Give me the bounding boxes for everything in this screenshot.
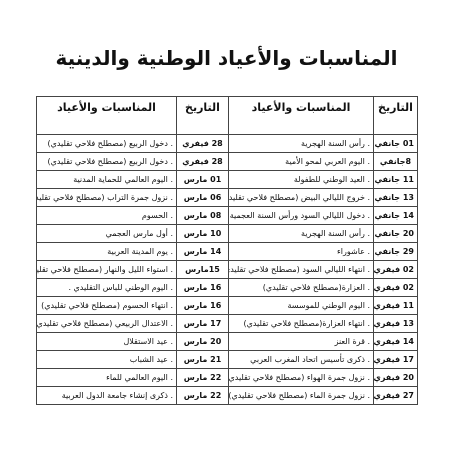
table-row: 27 فيفري. نزول جمرة الماء (مصطلح فلاحي ت… xyxy=(37,387,418,405)
table-row: 29 جانفي. عاشوراء14 مارس. يوم المدينة ال… xyxy=(37,243,418,261)
table-row: 20 جانفي. رأس السنة الهجرية10 مارس. أول … xyxy=(37,225,418,243)
date-cell-right: 17 فيفري xyxy=(374,351,418,369)
event-cell-right: . رأس السنة الهجرية xyxy=(229,135,374,153)
event-cell-left: . انتهاء الحسوم (مصطلح فلاحي تقليدي) xyxy=(37,297,177,315)
table-row: 14 فيفري. قرة العنز20 مارس. عيد الاستقلا… xyxy=(37,333,418,351)
event-cell-right: . رأس السنة الهجرية xyxy=(229,225,374,243)
date-cell-left: 15مارس xyxy=(177,261,229,279)
event-cell-left: . أول مارس العجمي xyxy=(37,225,177,243)
date-cell-right: 01 جانفي xyxy=(374,135,418,153)
date-cell-left: 16 مارس xyxy=(177,297,229,315)
date-cell-left: 28 فيفري xyxy=(177,153,229,171)
date-cell-right: 8جانفي xyxy=(374,153,418,171)
header-event-left: المناسبات والأعياد xyxy=(37,97,177,135)
date-cell-left: 16 مارس xyxy=(177,279,229,297)
date-cell-left: 28 فيفري xyxy=(177,135,229,153)
table-row: 02 فيفري. العزارة(مصطلح فلاحي تقليدي)16 … xyxy=(37,279,418,297)
date-cell-left: 06 مارس xyxy=(177,189,229,207)
event-cell-left: . يوم المدينة العربية xyxy=(37,243,177,261)
date-cell-right: 20 فيفري xyxy=(374,369,418,387)
event-cell-right: . العزارة(مصطلح فلاحي تقليدي) xyxy=(229,279,374,297)
date-cell-right: 11 فيفري xyxy=(374,297,418,315)
table-row: 02 فيفري. انتهاء الليالي السود (مصطلح فل… xyxy=(37,261,418,279)
header-date-left: التاريخ xyxy=(177,97,229,135)
event-cell-left: . الاعتدال الربيعي (مصطلح فلاحي تقليدي) xyxy=(37,315,177,333)
table-row: 8جانفي. اليوم العربي لمحو الأمية28 فيفري… xyxy=(37,153,418,171)
event-cell-left: . ذكرى إنشاء جامعة الدول العربية xyxy=(37,387,177,405)
table-row: 11 جانفي. العيد الوطني للطفولة01 مارس. ا… xyxy=(37,171,418,189)
event-cell-right: . انتهاء الليالي السود (مصطلح فلاحي تقلي… xyxy=(229,261,374,279)
date-cell-right: 13 جانفي xyxy=(374,189,418,207)
date-cell-right: 02 فيفري xyxy=(374,261,418,279)
table-row: 20 فيفري. نزول جمرة الهواء (مصطلح فلاحي … xyxy=(37,369,418,387)
events-table: التاريخ المناسبات والأعياد التاريخ المنا… xyxy=(36,96,418,405)
event-cell-right: . قرة العنز xyxy=(229,333,374,351)
header-row: التاريخ المناسبات والأعياد التاريخ المنا… xyxy=(37,97,418,135)
event-cell-left: . اليوم الوطني للباس التقليدي . xyxy=(37,279,177,297)
table-row: 13 جانفي. خروج الليالي البيض (مصطلح فلاح… xyxy=(37,189,418,207)
date-cell-left: 22 مارس xyxy=(177,369,229,387)
event-cell-right: . نزول جمرة الماء (مصطلح فلاحي تقليدي) xyxy=(229,387,374,405)
table-row: 13 فيفري. انتهاء العزارة(مصطلح فلاحي تقل… xyxy=(37,315,418,333)
header-date-right: التاريخ xyxy=(374,97,418,135)
date-cell-right: 13 فيفري xyxy=(374,315,418,333)
event-cell-left: . اليوم العالمي للماء xyxy=(37,369,177,387)
event-cell-left: . نزول جمرة التراب (مصطلح فلاحي تقليدي) xyxy=(37,189,177,207)
event-cell-right: . اليوم العربي لمحو الأمية xyxy=(229,153,374,171)
date-cell-right: 11 جانفي xyxy=(374,171,418,189)
event-cell-right: . انتهاء العزارة(مصطلح فلاحي تقليدي) xyxy=(229,315,374,333)
date-cell-left: 14 مارس xyxy=(177,243,229,261)
event-cell-right: . خروج الليالي البيض (مصطلح فلاحي تقليدي… xyxy=(229,189,374,207)
event-cell-left: . اليوم العالمي للحماية المدنية xyxy=(37,171,177,189)
date-cell-right: 27 فيفري xyxy=(374,387,418,405)
event-cell-right: . اليوم الوطني للموسسة xyxy=(229,297,374,315)
event-cell-left: . الحسوم xyxy=(37,207,177,225)
event-cell-right: . العيد الوطني للطفولة xyxy=(229,171,374,189)
page-title: المناسبات والأعياد الوطنية والدينية xyxy=(0,46,453,70)
date-cell-right: 14 فيفري xyxy=(374,333,418,351)
event-cell-left: . دخول الربيع (مصطلح فلاحي تقليدي) xyxy=(37,153,177,171)
table-row: 11 فيفري. اليوم الوطني للموسسة16 مارس. ا… xyxy=(37,297,418,315)
date-cell-right: 20 جانفي xyxy=(374,225,418,243)
date-cell-right: 14 جانفي xyxy=(374,207,418,225)
date-cell-left: 10 مارس xyxy=(177,225,229,243)
date-cell-right: 29 جانفي xyxy=(374,243,418,261)
date-cell-left: 17 مارس xyxy=(177,315,229,333)
date-cell-left: 08 مارس xyxy=(177,207,229,225)
date-cell-left: 22 مارس xyxy=(177,387,229,405)
date-cell-right: 02 فيفري xyxy=(374,279,418,297)
event-cell-left: . دخول الربيع (مصطلح فلاحي تقليدي) xyxy=(37,135,177,153)
event-cell-left: . عيد الاستقلال xyxy=(37,333,177,351)
event-cell-right: . نزول جمرة الهواء (مصطلح فلاحي تقليدي) xyxy=(229,369,374,387)
header-event-right: المناسبات والأعياد xyxy=(229,97,374,135)
event-cell-right: . عاشوراء xyxy=(229,243,374,261)
event-cell-left: . عيد الشباب xyxy=(37,351,177,369)
date-cell-left: 21 مارس xyxy=(177,351,229,369)
table-row: 17 فيفري. ذكرى تأسيس اتحاد المغرب العربي… xyxy=(37,351,418,369)
date-cell-left: 01 مارس xyxy=(177,171,229,189)
events-table-container: التاريخ المناسبات والأعياد التاريخ المنا… xyxy=(37,96,418,405)
table-row: 14 جانفي. دخول الليالي السود ورأس السنة … xyxy=(37,207,418,225)
table-row: 01 جانفي. رأس السنة الهجرية28 فيفري. دخو… xyxy=(37,135,418,153)
event-cell-right: . دخول الليالي السود ورأس السنة العجمية xyxy=(229,207,374,225)
event-cell-right: . ذكرى تأسيس اتحاد المغرب العربي xyxy=(229,351,374,369)
date-cell-left: 20 مارس xyxy=(177,333,229,351)
event-cell-left: . استواء الليل والنهار (مصطلح فلاحي تقلي… xyxy=(37,261,177,279)
